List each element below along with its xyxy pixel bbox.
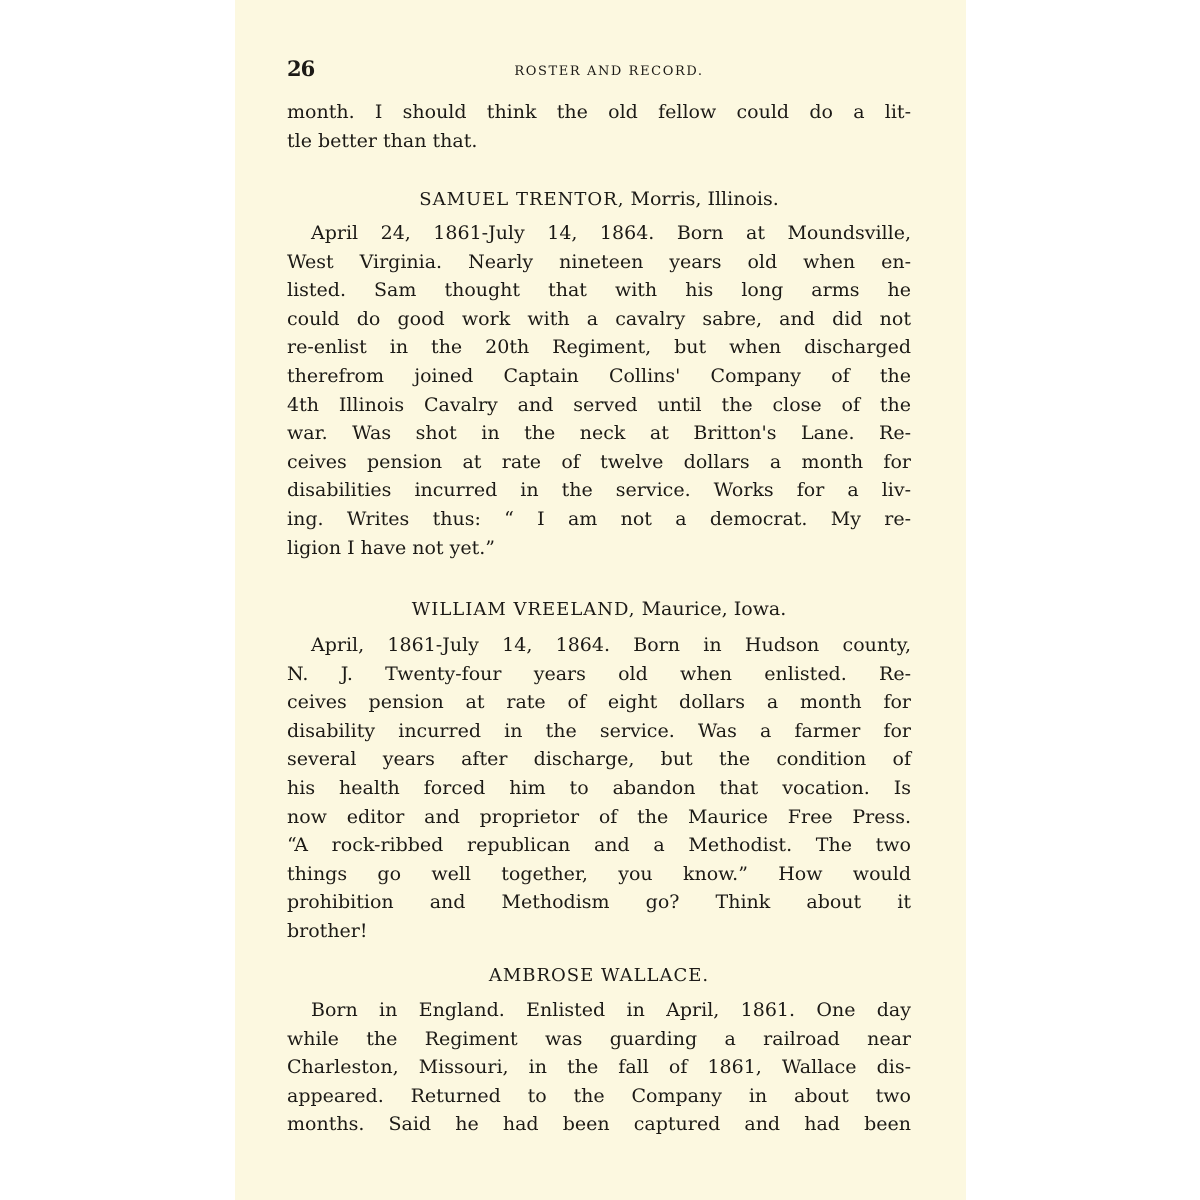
entry-location: Maurice, Iowa. [636, 598, 787, 620]
text-line: 4th Illinois Cavalry and served until th… [287, 391, 911, 420]
text-line: listed. Sam thought that with his long a… [287, 276, 911, 305]
entry-name: SAMUEL TRENTOR, [419, 189, 624, 210]
text-line: his health forced him to abandon that vo… [287, 774, 911, 803]
text-line: while the Regiment was guarding a railro… [287, 1025, 911, 1054]
text-line: West Virginia. Nearly nineteen years old… [287, 248, 911, 277]
text-line: ceives pension at rate of twelve dollars… [287, 448, 911, 477]
text-line: tle better than that. [287, 127, 911, 156]
entry-body-samuel-trentor: April 24, 1861-July 14, 1864. Born at Mo… [287, 219, 911, 562]
text-line: disability incurred in the service. Was … [287, 717, 911, 746]
text-line: therefrom joined Captain Collins' Compan… [287, 362, 911, 391]
entry-location: Morris, Illinois. [624, 188, 778, 210]
entry-heading-william-vreeland: WILLIAM VREELAND, Maurice, Iowa. [287, 596, 911, 623]
text-line: month. I should think the old fellow cou… [287, 98, 911, 127]
text-line: re-enlist in the 20th Regiment, but when… [287, 333, 911, 362]
text-line: ligion I have not yet.” [287, 534, 911, 563]
text-line: now editor and proprietor of the Maurice… [287, 803, 911, 832]
text-line: appeared. Returned to the Company in abo… [287, 1082, 911, 1111]
entry-body-william-vreeland: April, 1861-July 14, 1864. Born in Hudso… [287, 631, 911, 946]
text-line: ing. Writes thus: “ I am not a democrat.… [287, 505, 911, 534]
text-line: Born in England. Enlisted in April, 1861… [287, 996, 911, 1025]
text-line: N. J. Twenty-four years old when enliste… [287, 660, 911, 689]
continuation-paragraph: month. I should think the old fellow cou… [287, 98, 911, 155]
text-line: things go well together, you know.” How … [287, 860, 911, 889]
entry-heading-samuel-trentor: SAMUEL TRENTOR, Morris, Illinois. [287, 186, 911, 213]
entry-name: WILLIAM VREELAND, [412, 599, 636, 620]
text-line: could do good work with a cavalry sabre,… [287, 305, 911, 334]
text-line: “A rock-ribbed republican and a Methodis… [287, 831, 911, 860]
text-line: disabilities incurred in the service. Wo… [287, 476, 911, 505]
running-title: ROSTER AND RECORD. [287, 64, 911, 79]
text-line: ceives pension at rate of eight dollars … [287, 688, 911, 717]
entry-name: AMBROSE WALLACE. [489, 965, 709, 986]
text-line: April, 1861-July 14, 1864. Born in Hudso… [287, 631, 911, 660]
book-page: 26 ROSTER AND RECORD. month. I should th… [235, 0, 966, 1200]
text-line: prohibition and Methodism go? Think abou… [287, 888, 911, 917]
text-line: April 24, 1861-July 14, 1864. Born at Mo… [287, 219, 911, 248]
entry-body-ambrose-wallace: Born in England. Enlisted in April, 1861… [287, 996, 911, 1139]
text-line: several years after discharge, but the c… [287, 745, 911, 774]
text-line: brother! [287, 917, 911, 946]
text-line: months. Said he had been captured and ha… [287, 1110, 911, 1139]
entry-heading-ambrose-wallace: AMBROSE WALLACE. [287, 962, 911, 989]
text-line: Charleston, Missouri, in the fall of 186… [287, 1053, 911, 1082]
text-line: war. Was shot in the neck at Britton's L… [287, 419, 911, 448]
running-head: 26 ROSTER AND RECORD. [287, 56, 911, 86]
